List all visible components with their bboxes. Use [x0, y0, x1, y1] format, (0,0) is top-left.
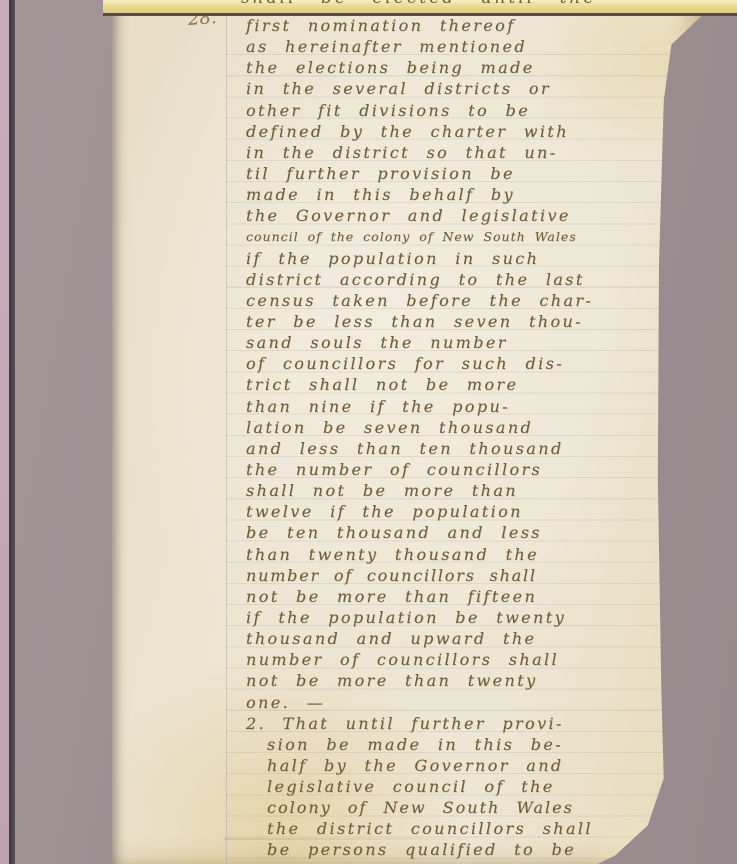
text-line: than nine if the popu- [246, 396, 694, 417]
text-line: number of councillors shall [246, 565, 694, 586]
text-line: other fit divisions to be [246, 100, 694, 121]
mat-dark-line [9, 0, 15, 864]
text-line: of councillors for such dis- [246, 353, 694, 374]
text-line: first nomination thereof [246, 15, 694, 36]
manuscript-page: 28. first nomination thereofas hereinaft… [112, 6, 704, 864]
mat-pink-strip [0, 0, 9, 864]
previous-page-text-fragment: shall be elected until the [241, 0, 597, 8]
text-line: district according to the last [246, 269, 694, 290]
text-line: not be more than fifteen [246, 586, 694, 607]
text-line: the number of councillors [246, 459, 694, 480]
text-line: if the population in such [246, 248, 694, 269]
text-line: til further provision be [246, 163, 694, 184]
text-line: sand souls the number [246, 332, 694, 353]
text-line: one. — [246, 692, 694, 713]
text-line: in the district so that un- [246, 142, 694, 163]
text-line: sion be made in this be- [246, 734, 694, 755]
text-line: be persons qualified to be [246, 839, 694, 860]
text-line: not be more than twenty [246, 670, 694, 691]
text-line: council of the colony of New South Wales [246, 226, 694, 247]
text-line: as hereinafter mentioned [246, 36, 694, 57]
text-line: number of councillors shall [246, 649, 694, 670]
text-line: defined by the charter with [246, 121, 694, 142]
text-line: be ten thousand and less [246, 522, 694, 543]
text-line: lation be seven thousand [246, 417, 694, 438]
text-line: 2. That until further provi- [246, 713, 694, 734]
bottom-crease [224, 838, 484, 840]
text-line: if the population be twenty [246, 607, 694, 628]
text-line: the Governor and legislative [246, 205, 694, 226]
text-line: made in this behalf by [246, 184, 694, 205]
photo-background: 28. first nomination thereofas hereinaft… [0, 0, 737, 864]
text-line: thousand and upward the [246, 628, 694, 649]
text-line: and less than ten thousand [246, 438, 694, 459]
text-line: census taken before the char- [246, 290, 694, 311]
text-line: ter be less than seven thou- [246, 311, 694, 332]
margin-rule-line [226, 16, 227, 864]
manuscript-text: first nomination thereofas hereinafter m… [246, 15, 694, 861]
text-line: shall not be more than [246, 480, 694, 501]
text-line: half by the Governor and [246, 755, 694, 776]
text-line: twelve if the population [246, 501, 694, 522]
previous-page-edge: shall be elected until the [103, 0, 737, 16]
text-line: than twenty thousand the [246, 544, 694, 565]
text-line: colony of New South Wales [246, 797, 694, 818]
text-line: in the several districts or [246, 78, 694, 99]
text-line: the elections being made [246, 57, 694, 78]
text-line: trict shall not be more [246, 374, 694, 395]
text-line: the district councillors shall [246, 818, 694, 839]
text-line: legislative council of the [246, 776, 694, 797]
